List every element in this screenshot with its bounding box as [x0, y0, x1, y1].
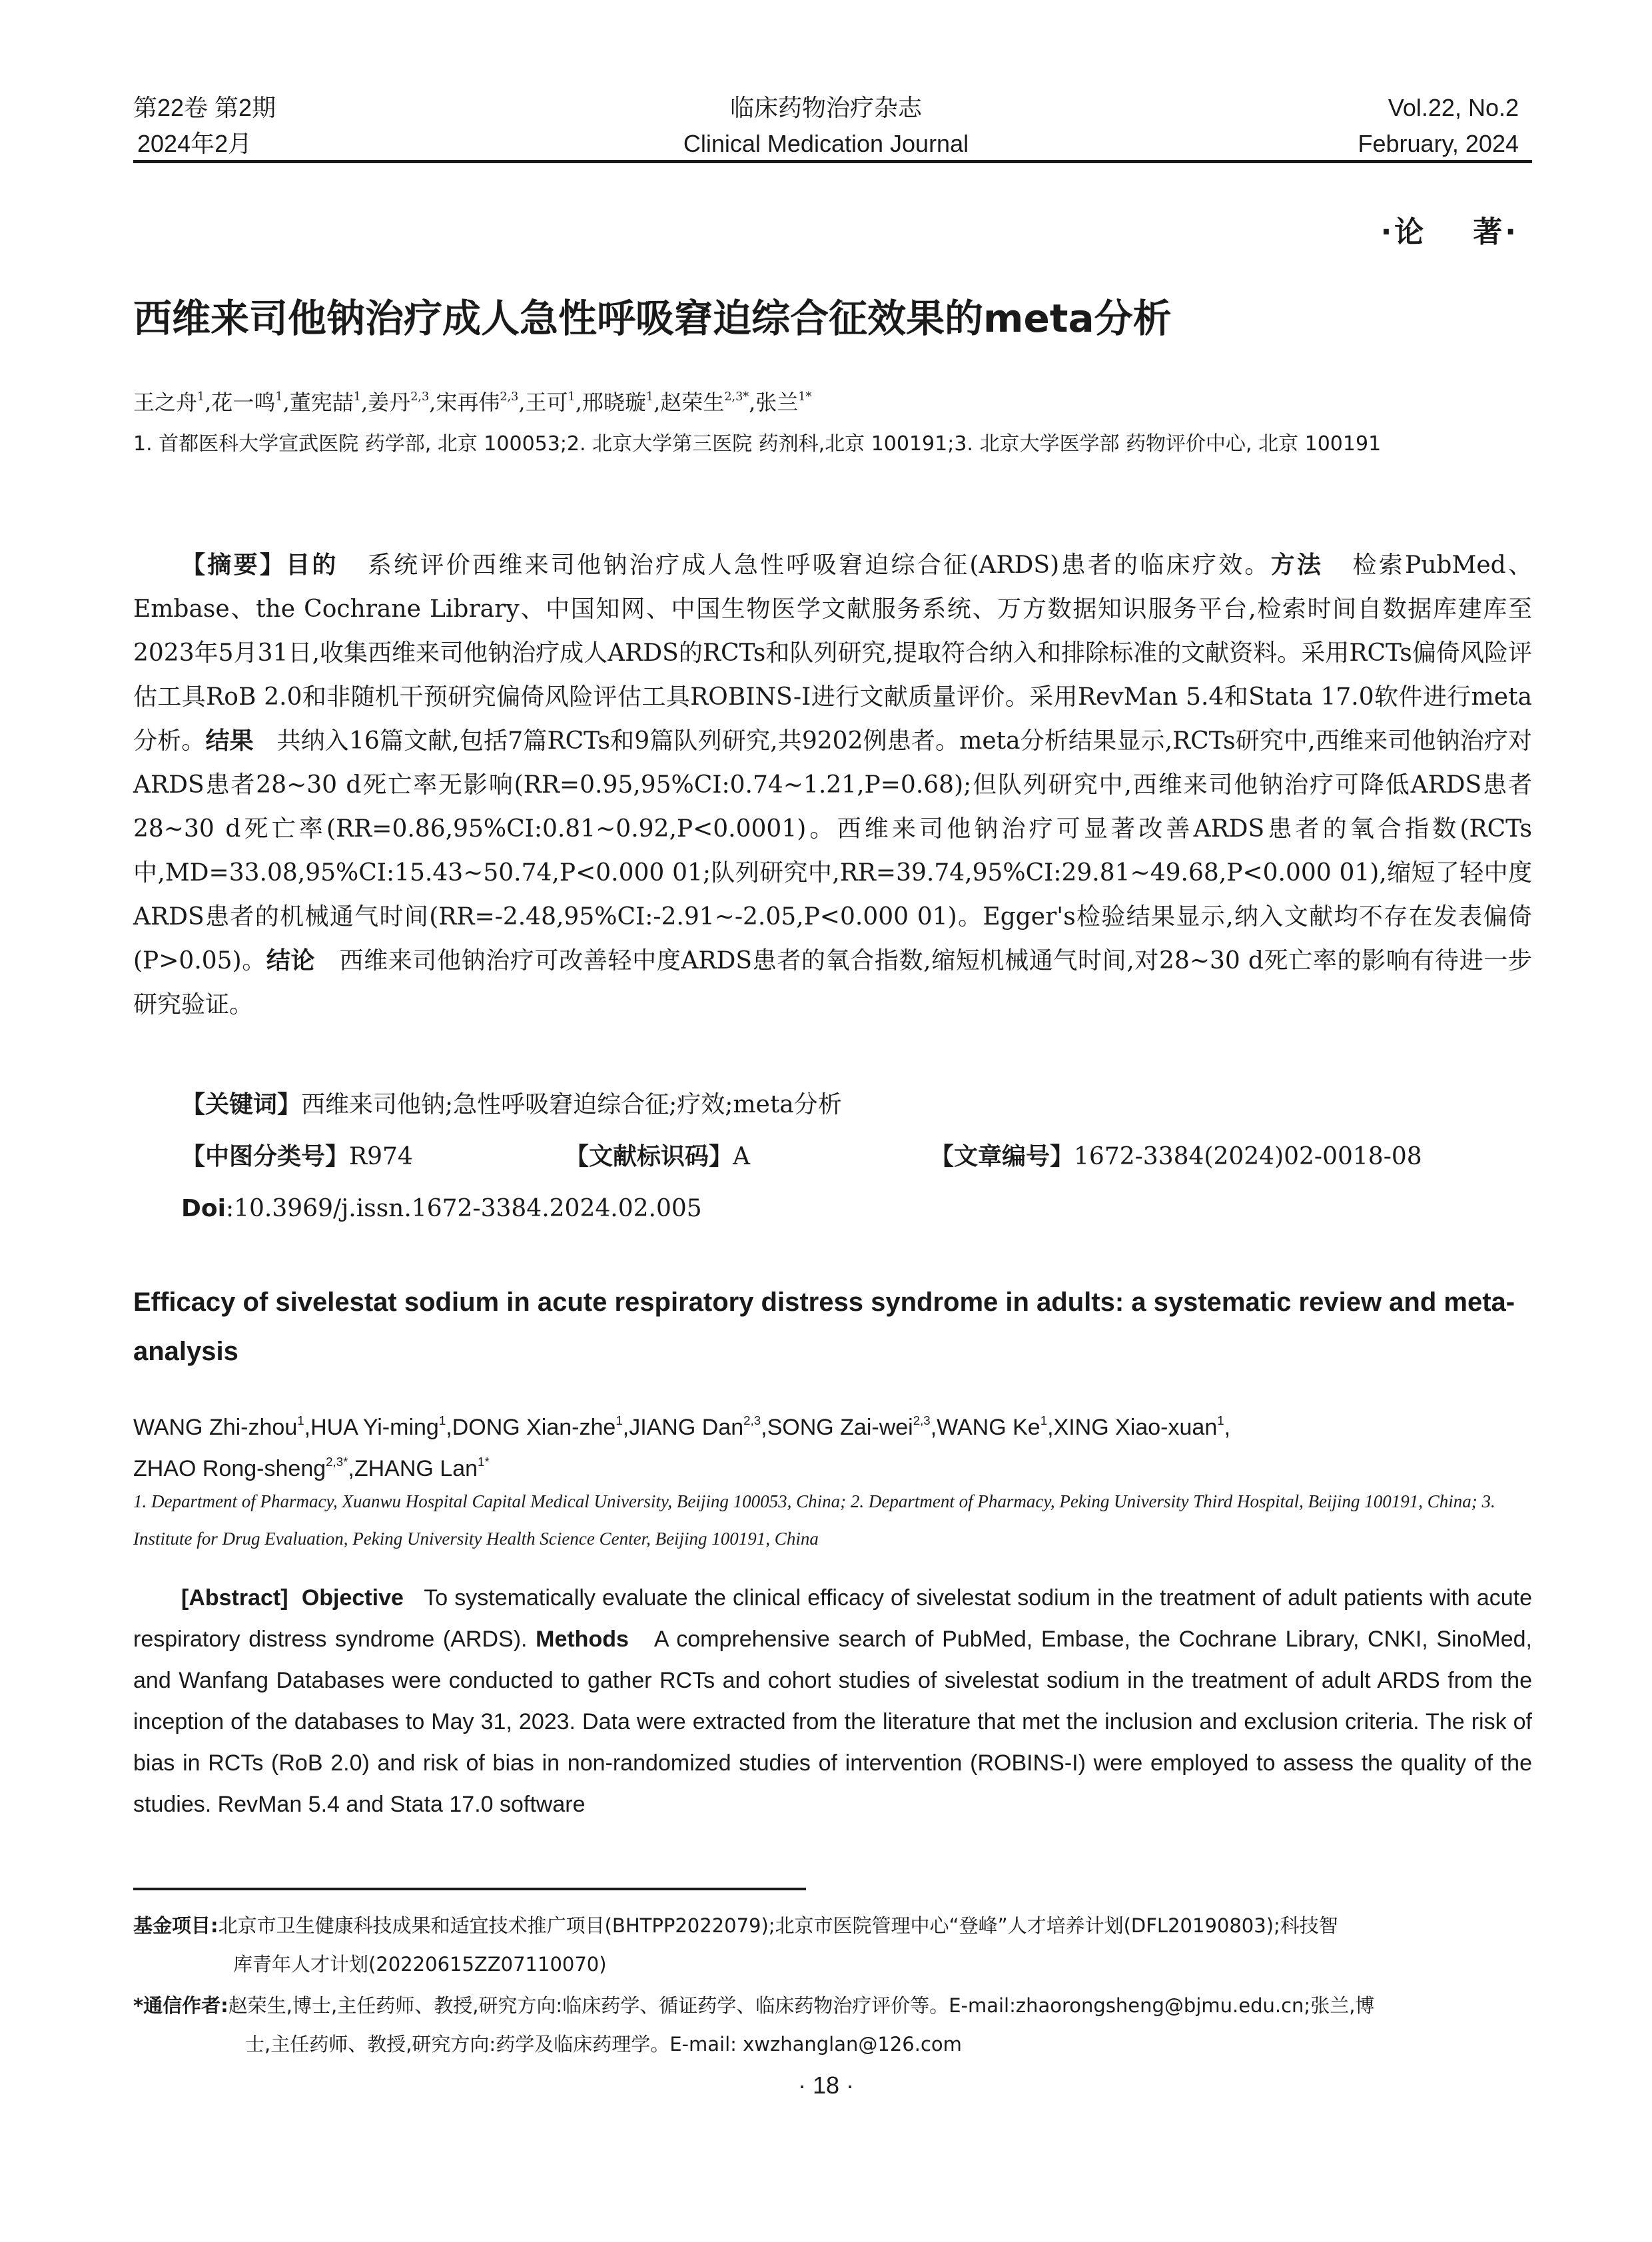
header-date-en: February, 2024: [1358, 129, 1519, 159]
corresponding-author-note: *通信作者:赵荣生,博士,主任药师、教授,研究方向:临床药学、循证药学、临床药物…: [133, 1986, 1532, 2063]
footnote-rule: [133, 1888, 806, 1890]
abstract-objective-label: 【摘要】目的: [181, 552, 338, 579]
article-number-value: 1672-3384(2024)02-0018-08: [1074, 1143, 1422, 1170]
abstract-methods-label: 方法: [1271, 552, 1324, 579]
article-number: 【文章编号】1672-3384(2024)02-0018-08: [930, 1140, 1422, 1174]
abstract-en-objective-label: Objective: [302, 1585, 404, 1611]
funding-note: 基金项目:北京市卫生健康科技成果和适宜技术推广项目(BHTPP2022079);…: [133, 1906, 1532, 1984]
abstract-results-label: 结果: [205, 727, 253, 755]
abstract-en-methods: A comprehensive search of PubMed, Embase…: [133, 1627, 1532, 1817]
keywords-label: 【关键词】: [181, 1091, 301, 1118]
funding-label: 基金项目:: [133, 1914, 218, 1937]
author-list-cn: 王之舟1,花一鸣1,董宪喆1,姜丹2,3,宋再伟2,3,王可1,邢晓璇1,赵荣生…: [133, 388, 811, 417]
author: 邢晓璇: [582, 390, 646, 415]
page-number: · 18 ·: [0, 2071, 1652, 2099]
affiliations-en: 1. Department of Pharmacy, Xuanwu Hospit…: [133, 1483, 1532, 1557]
section-tag-suffix: 著·: [1473, 215, 1519, 249]
author: 姜丹: [368, 390, 410, 415]
document-code: 【文献标识码】A: [565, 1140, 750, 1174]
header-volume-en: Vol.22, No.2: [1388, 93, 1519, 123]
author-list-en: WANG Zhi-zhou1,HUA Yi-ming1,DONG Xian-zh…: [133, 1407, 1532, 1489]
affiliations-cn: 1. 首都医科大学宣武医院 药学部, 北京 100053;2. 北京大学第三医院…: [133, 425, 1532, 464]
article-title-en: Efficacy of sivelestat sodium in acute r…: [133, 1278, 1532, 1376]
clc-number: 【中图分类号】R974: [181, 1140, 413, 1174]
abstract-en-methods-label: Methods: [536, 1627, 629, 1652]
abstract-en: [Abstract] Objective To systematically e…: [133, 1577, 1532, 1825]
abstract-en-label: [Abstract]: [181, 1585, 288, 1611]
author: 赵荣生: [660, 390, 724, 415]
keywords-value: 西维来司他钠;急性呼吸窘迫综合征;疗效;meta分析: [301, 1091, 842, 1118]
keywords: 【关键词】西维来司他钠;急性呼吸窘迫综合征;疗效;meta分析: [181, 1088, 842, 1122]
section-tag: ·论著·: [1381, 208, 1519, 250]
author: 王之舟: [133, 390, 197, 415]
abstract-results: 共纳入16篇文献,包括7篇RCTs和9篇队列研究,共9202例患者。meta分析…: [133, 727, 1532, 974]
doi: Doi:10.3969/j.issn.1672-3384.2024.02.005: [181, 1192, 702, 1226]
clc-value: R974: [349, 1143, 413, 1170]
author: 张兰: [755, 390, 798, 415]
doi-value[interactable]: :10.3969/j.issn.1672-3384.2024.02.005: [226, 1195, 702, 1222]
header-rule: [133, 160, 1532, 163]
author: 宋再伟: [436, 390, 500, 415]
abstract-methods: 检索PubMed、Embase、the Cochrane Library、中国知…: [133, 552, 1532, 755]
abstract-conclusion-label: 结论: [266, 947, 315, 974]
abstract-conclusion: 西维来司他钠治疗可改善轻中度ARDS患者的氧合指数,缩短机械通气时间,对28~3…: [133, 947, 1532, 1018]
author: 王可: [526, 390, 568, 415]
corresponding-label: *通信作者:: [133, 1994, 228, 2017]
section-tag-prefix: ·论: [1381, 215, 1427, 249]
author: 花一鸣: [211, 390, 275, 415]
abstract-objective: 系统评价西维来司他钠治疗成人急性呼吸窘迫综合征(ARDS)患者的临床疗效。: [368, 552, 1271, 579]
doi-label: Doi: [181, 1195, 226, 1222]
author: 董宪喆: [290, 390, 354, 415]
document-code-value: A: [733, 1143, 750, 1170]
article-title-cn: 西维来司他钠治疗成人急性呼吸窘迫综合征效果的meta分析: [133, 293, 1172, 344]
abstract-cn: 【摘要】目的 系统评价西维来司他钠治疗成人急性呼吸窘迫综合征(ARDS)患者的临…: [133, 544, 1532, 1027]
